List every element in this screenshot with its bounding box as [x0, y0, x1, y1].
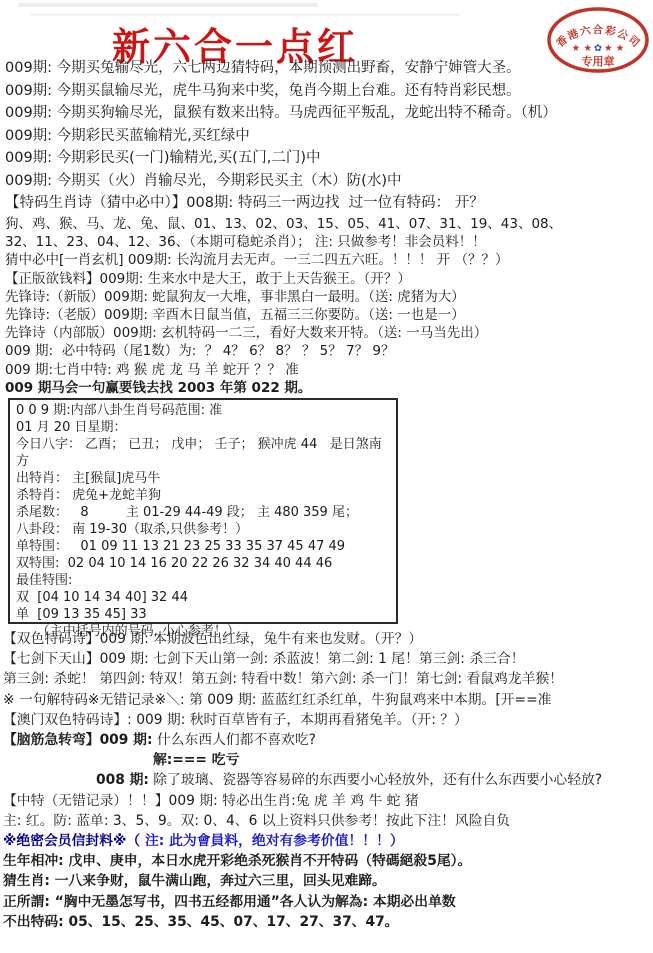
bagua-zodiac-range-box: 0 0 9 期:内部八卦生肖号码范围: 准 01 月 20 日星期： 今日八字：… — [8, 398, 398, 624]
zodiac-number-list: 32、11、23、04、12、36、（本期可稳蛇杀肖）； 注: 只做参考！非会员… — [5, 233, 651, 251]
bagua-line-odd-range: 单特围： 01 09 11 13 21 23 25 33 35 37 45 47… — [16, 538, 390, 555]
brainteaser-label-009: 【脑筋急转弯】009 期: — [3, 732, 153, 748]
prediction-lines-block: 009期: 今期买兔输尽光，六七两边猜特码，本期预测出野畜，安静宁婶管大圣。 0… — [5, 57, 651, 215]
money-poem-line: 【正版欲钱料】009期: 生来水中是大王，敢于上天告猴王。（开？） — [5, 270, 651, 288]
pioneer-poem-internal: 先锋诗（内部版）009期: 玄机特码一二三，看好大数来开特。（送: 一马当先出） — [5, 324, 651, 342]
member-note-body: 注: 此为會員料，绝对有参考价值！！！） — [145, 833, 404, 849]
lottery-tip-sheet: 新六合一点红 香港六合彩公司 ★ ★✿★ ★ 专用章 009期: 今期买兔输尽光… — [0, 0, 653, 953]
brainteaser-question-text: 除了玻璃、瓷器等容易碎的东西要小心轻放外，还有什么东西要小心轻放? — [149, 772, 602, 788]
saying-line: 正所謂: “胸中无墨怎写书，四书五经都用通”各人认为解為: 本期必出单数 — [3, 892, 651, 912]
prediction-line: 009期: 今期买狗输尽光，鼠猴有数来出特。马虎西征平叛乱，龙蛇出特不稀奇。（机… — [5, 102, 651, 125]
pioneer-poem-new: 先锋诗:（新版）009期: 蛇鼠狗友一大堆，事非黑白一最明。（送: 虎猪为大） — [5, 288, 651, 306]
brainteaser-label-008: 008 期: — [96, 772, 149, 788]
brainteaser-question-009: 【脑筋急转弯】009 期: 什么东西人们都不喜欢吃? — [3, 730, 651, 750]
excluded-codes-line: 不出特码: 05、15、25、35、45、07、17、27、37、47。 — [3, 912, 651, 932]
scan-artifact — [18, 3, 318, 7]
prediction-line: 009期: 今期彩民买蓝输精光,买红绿中 — [5, 125, 651, 148]
mid-special-zodiac-line: 【中特（无错记录）！！】009 期: 特必出生肖:兔 虎 羊 鸡 牛 蛇 猪 — [3, 791, 651, 811]
one-phrase-solve-line: ※ 一句解特码※无错记录※＼: 第 009 期: 蓝蓝红红杀红单，牛狗鼠鸡来中本… — [3, 690, 651, 710]
brainteaser-question-text: 什么东西人们都不喜欢吃? — [153, 732, 316, 748]
member-envelope-note: ※绝密会员信封料※（ 注: 此为會員料，绝对有参考价值！！！） — [3, 831, 651, 851]
stamp-flower-icon: ✿ — [594, 43, 602, 54]
seven-swords-line-1: 【七剑下天山】009 期: 七剑下天山第一剑: 杀蓝波！第二剑: 1 尾！第三剑… — [3, 649, 651, 669]
bagua-line-segment: 八卦段： 南 19-30（取杀,只供参考！） — [16, 521, 390, 538]
bagua-line-kill-tail: 杀尾数： 8 主 01-29 44-49 段； 主 480 359 尾； — [16, 504, 390, 521]
bagua-line-date: 01 月 20 日星期： — [16, 419, 390, 436]
seven-zodiac-line: 009 期:七肖中特: 鸡 猴 虎 龙 马 羊 蛇开 ？？ 准 — [5, 361, 651, 379]
stamp-stars: ★ ★✿★ ★ — [572, 43, 625, 54]
prediction-line: 009期: 今期买（火）肖输尽光，今期彩民买主（木）防(水)中 — [5, 170, 651, 193]
lower-tips-block: 【双色特码诗】009 期: 本期波色出红绿，兔牛有来也发财。（开？） 【七剑下天… — [3, 629, 651, 932]
zodiac-poem-header: 【特码生肖诗（猜中必中）】008期: 特码三一两边找 过一位有特码： 开？ — [5, 192, 651, 215]
zodiac-numbers-block: 狗、鸡、猴、马、龙、兔、鼠、01、13、02、03、15、05、41、07、31… — [5, 215, 651, 397]
prediction-line: 009期: 今期买兔输尽光，六七两边猜特码，本期预测出野畜，安静宁婶管大圣。 — [5, 57, 651, 80]
seven-swords-line-2: 第三剑: 杀蛇！ 第四剑: 特双！第五剑: 特看中数！第六剑: 杀一门！第七剑:… — [3, 669, 651, 689]
macau-poem-line: 【澳门双色特码诗】: 009 期: 秋时百草皆有子，本期再看猪兔羊。（开: ？） — [3, 710, 651, 730]
main-guard-disclaimer-line: 主: 红。防: 蓝单: 3、5、9。双: 0、4、6 以上资料只供参考！按此下注… — [3, 811, 651, 831]
birth-year-clash-line: 生年相冲: 戊申、庚申，本日水虎开彩绝杀死猴肖不开特码（特碼絕殺5尾）。 — [3, 851, 651, 871]
bagua-line-out-zodiac: 出特肖： 主[猴鼠]虎马牛 — [16, 470, 390, 487]
must-hit-tail-line: 009 期: 必中特码（尾1数）为: ？ 4？ 6？ 8？ ？ 5？ 7？ 9？ — [5, 342, 651, 360]
prediction-line: 009期: 今期买鼠输尽光，虎牛马狗来中奖，兔肖今期上台难。还有特肖彩民想。 — [5, 80, 651, 103]
one-zodiac-mystery-line: 猜中必中[一肖玄机] 009期: 长沟流月去无声。一三二四五六旺。！！！ 开 （… — [5, 251, 651, 269]
bagua-line-best-range: 最佳特围: — [16, 572, 390, 589]
bagua-line-kill-zodiac: 杀特肖： 虎兔+龙蛇羊狗 — [16, 487, 390, 504]
guess-zodiac-line: 猜生肖: 一八来争财，鼠牛满山跑，奔过六三里，回头见难蹄。 — [3, 871, 651, 891]
member-note-prefix: ※绝密会员信封料※（ — [3, 833, 145, 849]
jockey-club-phrase-line: 009 期马会一句赢要钱去找 2003 年第 022 期。 — [5, 379, 651, 397]
zodiac-number-list: 狗、鸡、猴、马、龙、兔、鼠、01、13、02、03、15、05、41、07、31… — [5, 215, 651, 233]
prediction-line: 009期: 今期彩民买(一门)输精光,买(五门,二门)中 — [5, 147, 651, 170]
bagua-line-header: 0 0 9 期:内部八卦生肖号码范围: 准 — [16, 402, 390, 419]
brainteaser-question-008: 008 期: 除了玻璃、瓷器等容易碎的东西要小心轻放外，还有什么东西要小心轻放? — [3, 770, 651, 790]
brainteaser-answer: 解:=== 吃亏 — [3, 750, 651, 770]
bagua-line-best-even: 双 [04 10 14 34 40] 32 44 — [16, 589, 390, 606]
bagua-line-best-odd: 单 [09 13 35 45] 33 — [16, 606, 390, 623]
two-color-poem-line: 【双色特码诗】009 期: 本期波色出红绿，兔牛有来也发财。（开？） — [3, 629, 651, 649]
bagua-line-bazi: 今日八字： 乙酉； 已丑； 戊申； 壬子； 猴冲虎 44 是日煞南方 — [16, 436, 390, 470]
bagua-line-even-range: 双特围: 02 04 10 14 16 20 22 26 32 34 40 44… — [16, 555, 390, 572]
pioneer-poem-old: 先锋诗:（老版）009期: 辛酉木日鼠当值，五福三三你要防。（送: 一也是一） — [5, 306, 651, 324]
